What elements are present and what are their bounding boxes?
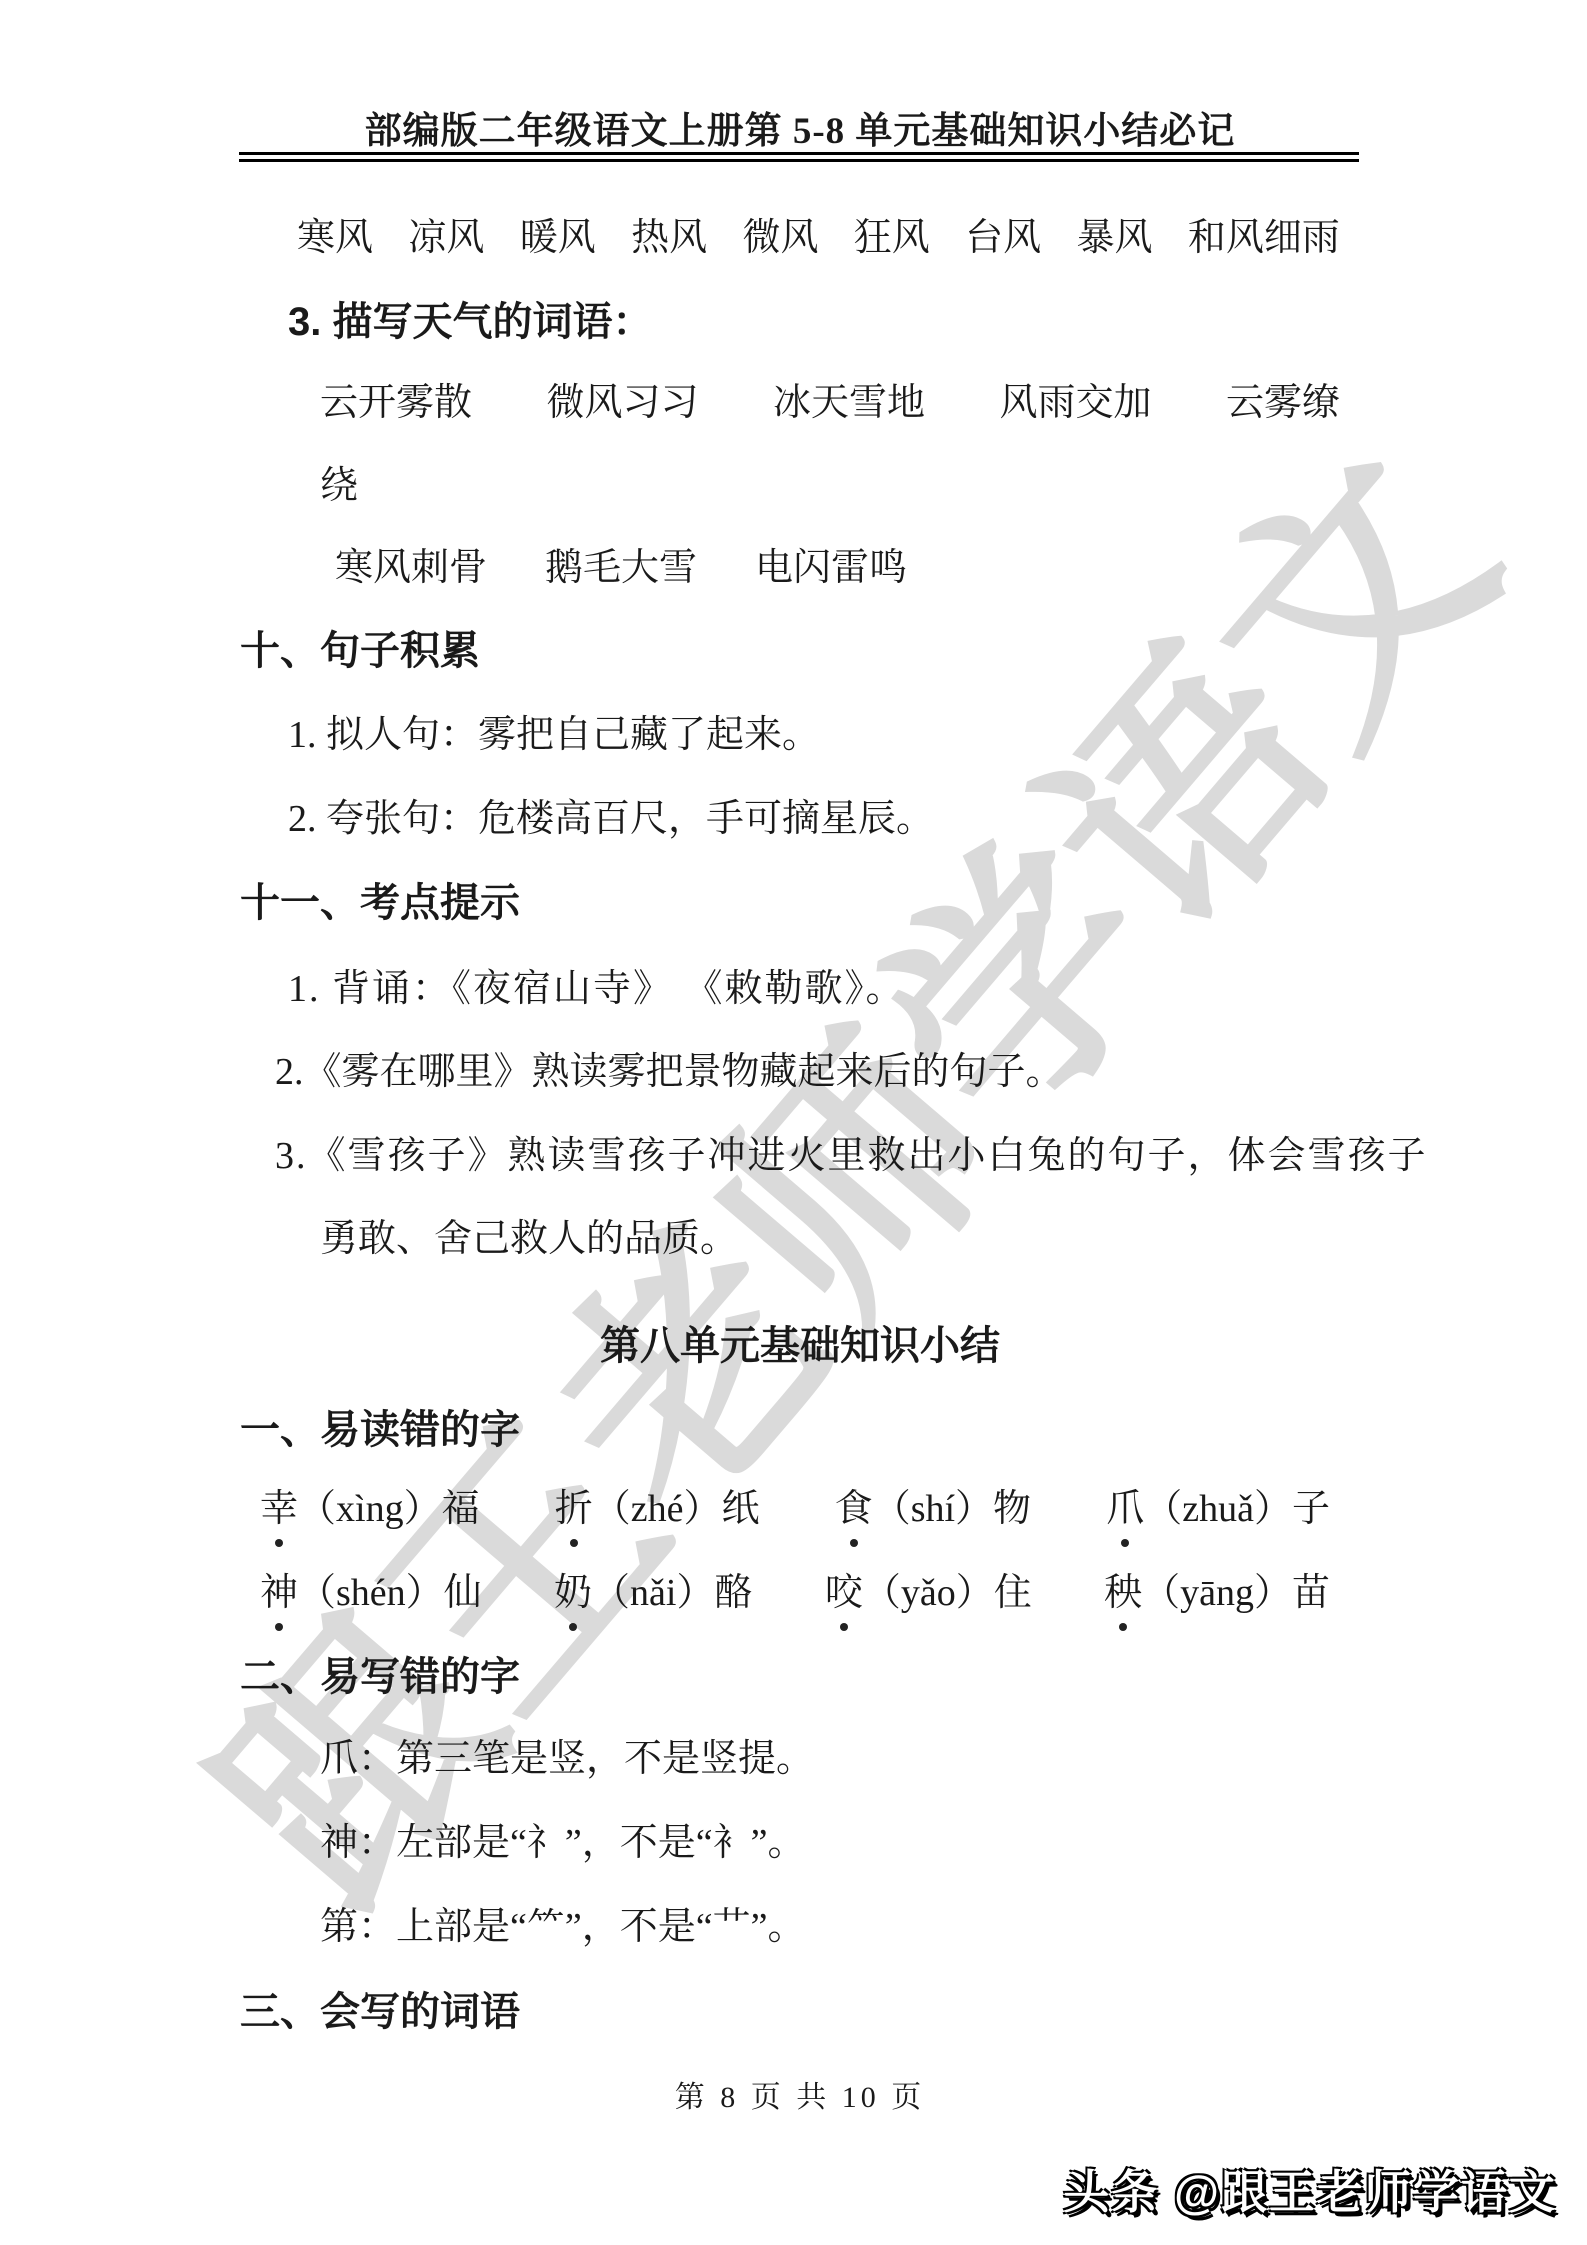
pinyin-item: 食（shí）物 [835, 1487, 1031, 1533]
pinyin-item: 爪（zhuǎ）子 [1106, 1487, 1330, 1533]
easy-miswrite-heading: 二、易写错的字 [240, 1653, 520, 1701]
document-page: 跟王老师学语文 部编版二年级语文上册第 5-8 单元基础知识小结必记 寒风 凉风… [0, 0, 1587, 2245]
idiom: 鹅毛大雪 [545, 546, 697, 592]
char: 物 [993, 1488, 1031, 1530]
char: 苗 [1292, 1572, 1330, 1614]
emphasized-char: 食 [835, 1487, 873, 1533]
emphasized-char: 幸 [260, 1487, 298, 1533]
toutiao-watermark: 头条 @跟王老师学语文 [1063, 2156, 1557, 2222]
pinyin-item: 折（zhé）纸 [555, 1487, 760, 1533]
easy-misread-heading: 一、易读错的字 [240, 1406, 520, 1454]
emphasized-char: 爪 [1106, 1487, 1144, 1533]
pinyin: （xìng） [298, 1488, 442, 1530]
char: 仙 [444, 1572, 482, 1614]
exam-tip-1: 1. 背诵：《夜宿山寺》 《敕勒歌》。 [288, 967, 906, 1013]
emphasized-char: 折 [555, 1487, 593, 1533]
word: 寒风 [297, 216, 373, 262]
word: 台风 [965, 216, 1041, 262]
header-double-rule [239, 152, 1359, 162]
pinyin-item: 幸（xìng）福 [260, 1487, 480, 1533]
emphasized-char: 秧 [1104, 1571, 1142, 1617]
pinyin: （zhuǎ） [1144, 1488, 1292, 1530]
idiom: 云开雾散 [320, 381, 472, 427]
sentence-section-heading: 十、句子积累 [240, 627, 480, 675]
pinyin-row-1: 幸（xìng）福 折（zhé）纸 食（shí）物 爪（zhuǎ）子 [260, 1487, 1330, 1533]
char: 子 [1292, 1488, 1330, 1530]
pinyin-item: 咬（yǎo）住 [825, 1571, 1032, 1617]
pinyin: （yāng） [1142, 1572, 1292, 1614]
pinyin: （zhé） [593, 1488, 722, 1530]
writable-words-heading: 三、会写的词语 [240, 1988, 520, 2036]
pinyin-item: 奶（nǎi）酪 [554, 1571, 752, 1617]
pinyin: （yǎo） [863, 1572, 994, 1614]
page-header-title: 部编版二年级语文上册第 5-8 单元基础知识小结必记 [240, 100, 1360, 154]
miswrite-note-1: 爪：第三笔是竖，不是竖提。 [320, 1737, 814, 1783]
miswrite-note-2: 神：左部是“礻”，不是“衤”。 [320, 1821, 805, 1867]
word: 和风细雨 [1188, 216, 1340, 262]
word: 热风 [631, 216, 707, 262]
weather-words-heading: 3. 描写天气的词语： [288, 298, 652, 346]
weather-idioms-row-2: 寒风刺骨 鹅毛大雪 电闪雷鸣 [335, 546, 907, 592]
char: 住 [994, 1572, 1032, 1614]
char: 纸 [722, 1488, 760, 1530]
char: 福 [442, 1488, 480, 1530]
page-number: 第 8 页 共 10 页 [240, 2072, 1360, 2116]
unit8-title: 第八单元基础知识小结 [240, 1322, 1360, 1370]
emphasized-char: 奶 [554, 1571, 592, 1617]
sentence-item-1: 1. 拟人句：雾把自己藏了起来。 [288, 713, 820, 759]
idiom: 冰天雪地 [773, 381, 925, 427]
miswrite-note-3: 第：上部是“⺮”，不是“艹”。 [320, 1905, 805, 1951]
pinyin-item: 神（shén）仙 [260, 1571, 482, 1617]
idiom: 微风习习 [546, 381, 698, 427]
weather-idioms-row-1: 云开雾散 微风习习 冰天雪地 风雨交加 云雾缭 [320, 381, 1340, 427]
word: 狂风 [854, 216, 930, 262]
pinyin-item: 秧（yāng）苗 [1104, 1571, 1330, 1617]
word: 凉风 [408, 216, 484, 262]
exam-tips-heading: 十一、考点提示 [240, 879, 520, 927]
idiom: 电闪雷鸣 [755, 546, 907, 592]
wind-words-row: 寒风 凉风 暖风 热风 微风 狂风 台风 暴风 和风细雨 [297, 216, 1340, 262]
idiom: 云雾缭 [1226, 381, 1340, 427]
exam-tip-3-line-1: 3.《雪孩子》熟读雪孩子冲进火里救出小白兔的句子，体会雪孩子 [275, 1134, 1428, 1180]
exam-tip-2: 2.《雾在哪里》熟读雾把景物藏起来后的句子。 [275, 1050, 1064, 1096]
pinyin: （nǎi） [592, 1572, 714, 1614]
idiom-wrap-char: 绕 [320, 464, 358, 510]
pinyin: （shí） [873, 1488, 993, 1530]
idiom: 风雨交加 [999, 381, 1151, 427]
sentence-item-2: 2. 夸张句：危楼高百尺，手可摘星辰。 [288, 797, 934, 843]
char: 酪 [714, 1572, 752, 1614]
word: 暖风 [520, 216, 596, 262]
pinyin: （shén） [298, 1572, 444, 1614]
word: 微风 [742, 216, 818, 262]
pinyin-row-2: 神（shén）仙 奶（nǎi）酪 咬（yǎo）住 秧（yāng）苗 [260, 1571, 1330, 1617]
word: 暴风 [1077, 216, 1153, 262]
emphasized-char: 神 [260, 1571, 298, 1617]
exam-tip-3-line-2: 勇敢、舍己救人的品质。 [320, 1217, 738, 1263]
idiom: 寒风刺骨 [335, 546, 487, 592]
emphasized-char: 咬 [825, 1571, 863, 1617]
